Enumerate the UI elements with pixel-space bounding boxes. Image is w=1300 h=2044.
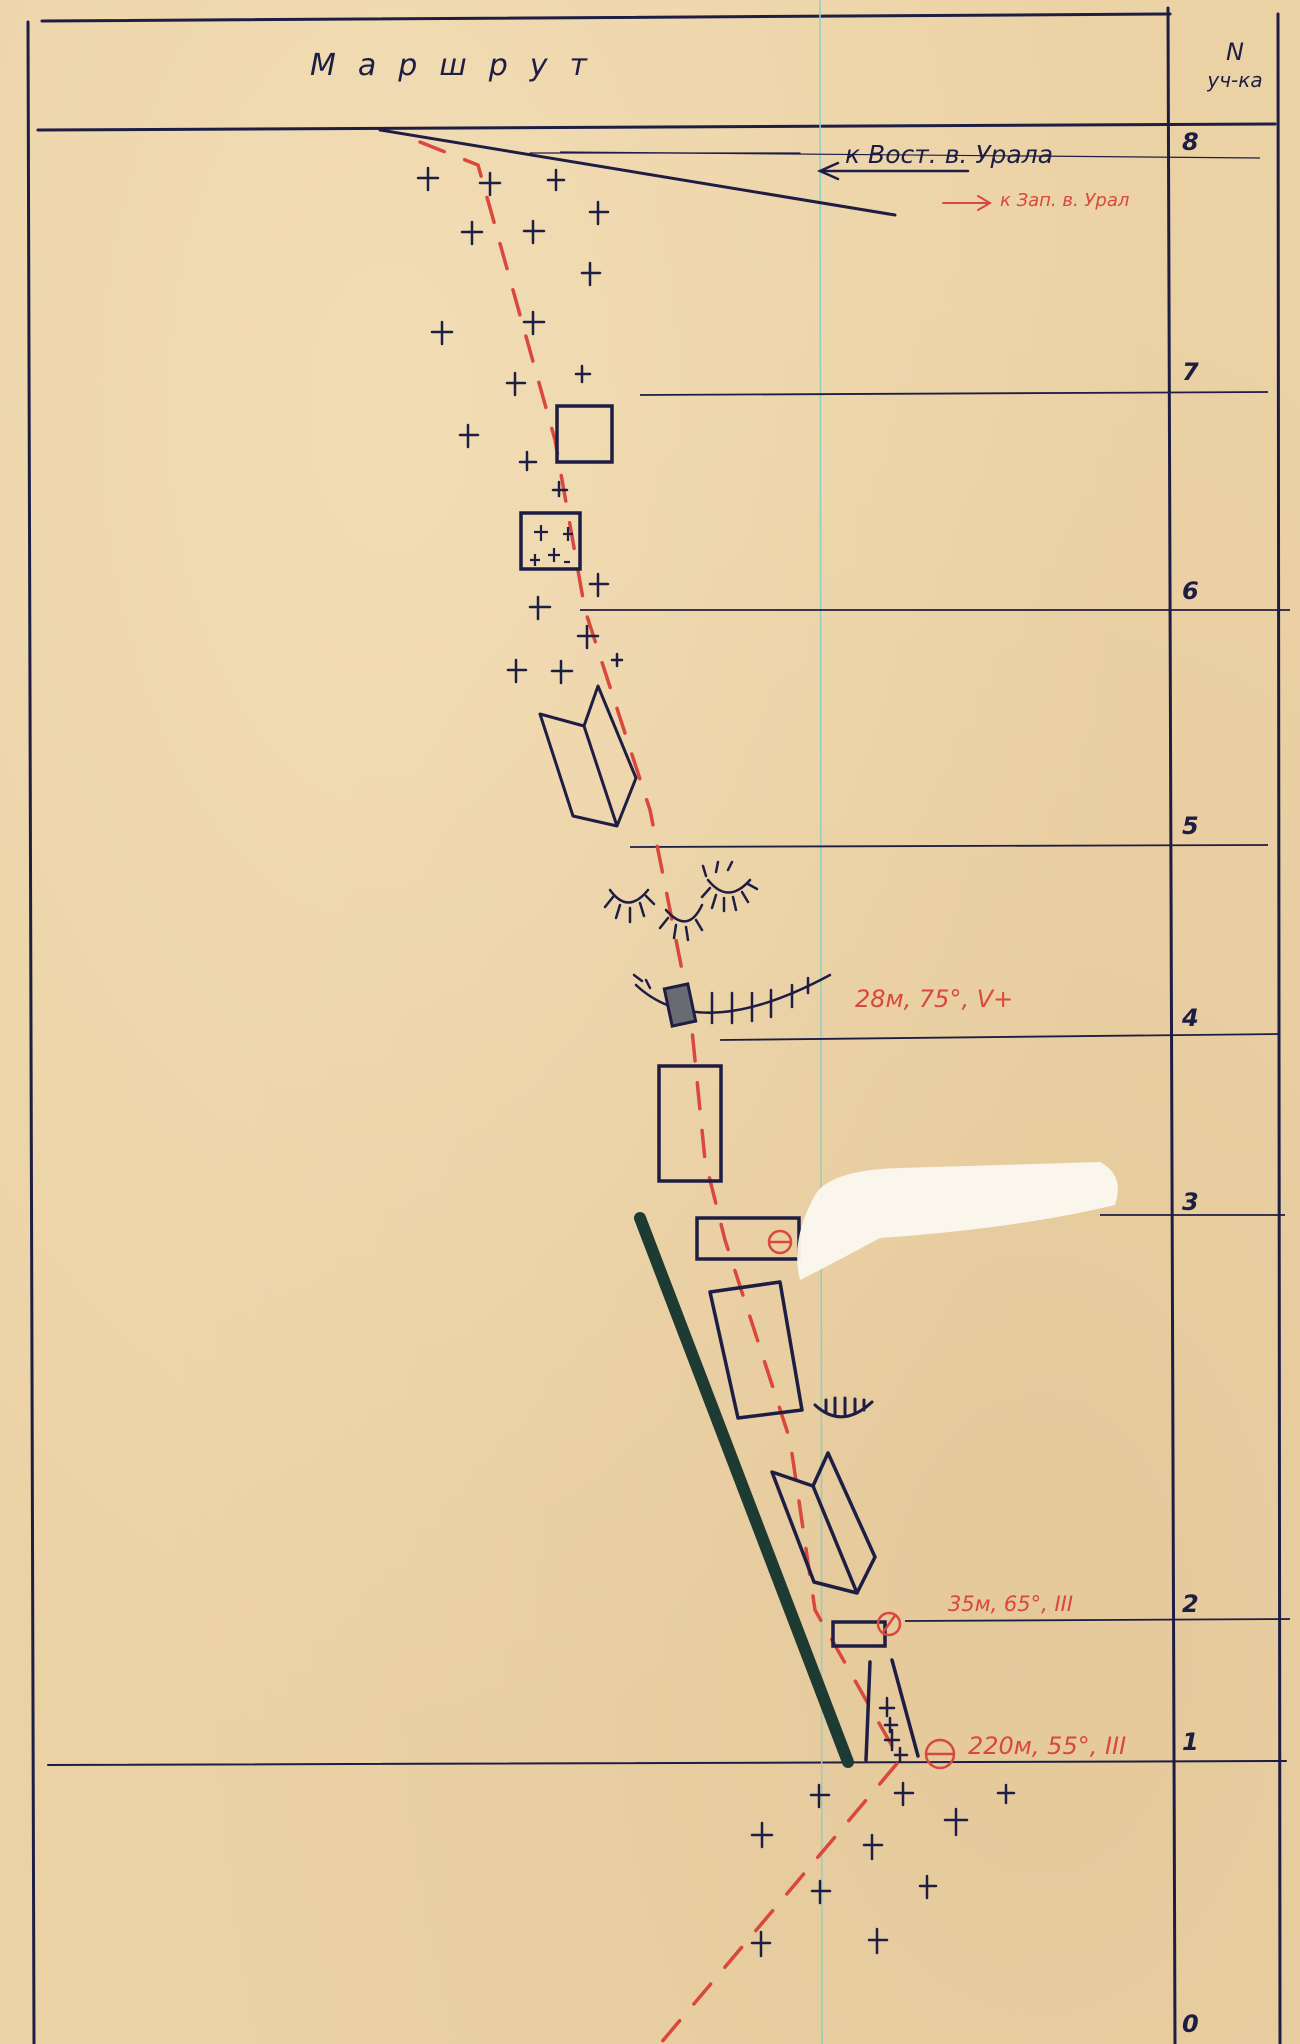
scree-crosses [418,168,1014,1956]
block-scree-crosses [530,525,573,566]
direction-west-label: к Зап. в. Урал [1000,190,1129,211]
pitch-note-3: 220м, 55°, III [968,1732,1126,1760]
pitch-note-1: 28м, 75°, V+ [855,985,1013,1013]
pitch-note-2: 35м, 65°, III [948,1592,1073,1616]
section-mark-2: 2 [1182,1590,1199,1618]
belay-icon [769,1231,791,1253]
section-mark-0: 0 [1182,2010,1199,2038]
block-tall [659,1066,721,1181]
direction-east-label: к Вост. в. Урала [845,140,1053,169]
belay-icon-2 [878,1613,900,1635]
dihedral-upper [540,686,636,826]
cornice [634,975,830,1026]
correction-blot [797,1162,1118,1280]
section-mark-8: 8 [1182,128,1199,156]
section-mark-3: 3 [1182,1188,1199,1216]
section-number-symbol: N [1180,38,1290,66]
section-mark-1: 1 [1182,1728,1199,1756]
route-sketch-sheet: Маршрут N уч-ка 8 7 6 5 4 3 2 1 0 к Вост… [0,0,1300,2044]
dihedral-lower [772,1453,875,1593]
section-number-header: N уч-ка [1180,38,1290,92]
overhang-small [815,1398,872,1417]
section-lines [560,152,1290,1621]
ridge-line [640,1218,848,1762]
block-square [557,406,612,462]
page-title: Маршрут [310,48,609,83]
section-mark-4: 4 [1182,1004,1199,1032]
section-mark-6: 6 [1182,577,1199,605]
section-mark-7: 7 [1182,358,1199,386]
overhang-marks [605,862,757,940]
section-mark-5: 5 [1182,812,1199,840]
margin-line [820,0,822,2044]
section-number-label: уч-ка [1180,68,1290,92]
belay-icon-3 [926,1740,954,1768]
block-tilted [710,1282,802,1418]
